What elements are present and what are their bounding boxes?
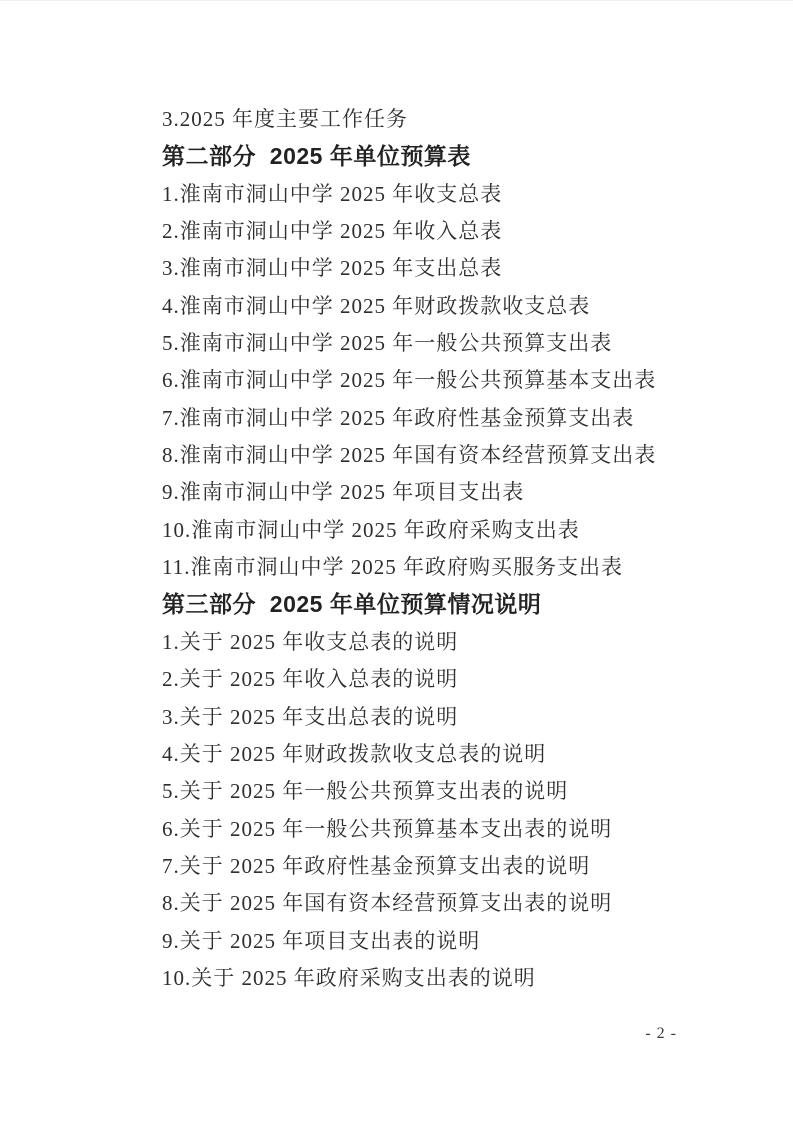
table-of-contents: 3.2025 年度主要工作任务 第二部分 2025 年单位预算表 1.淮南市洞山…	[162, 101, 762, 997]
toc-entry: 4.淮南市洞山中学 2025 年财政拨款收支总表	[162, 288, 762, 325]
toc-entry: 5.关于 2025 年一般公共预算支出表的说明	[162, 773, 762, 810]
toc-entry: 10.淮南市洞山中学 2025 年政府采购支出表	[162, 512, 762, 549]
toc-entry: 2.淮南市洞山中学 2025 年收入总表	[162, 213, 762, 250]
toc-entry: 3.关于 2025 年支出总表的说明	[162, 699, 762, 736]
toc-entry: 6.关于 2025 年一般公共预算基本支出表的说明	[162, 811, 762, 848]
toc-entry: 11.淮南市洞山中学 2025 年政府购买服务支出表	[162, 549, 762, 586]
toc-entry: 8.淮南市洞山中学 2025 年国有资本经营预算支出表	[162, 437, 762, 474]
toc-entry: 5.淮南市洞山中学 2025 年一般公共预算支出表	[162, 325, 762, 362]
section-heading: 第二部分 2025 年单位预算表	[162, 138, 762, 175]
toc-entry: 7.关于 2025 年政府性基金预算支出表的说明	[162, 848, 762, 885]
page-number: - 2 -	[645, 1025, 677, 1043]
document-page: 3.2025 年度主要工作任务 第二部分 2025 年单位预算表 1.淮南市洞山…	[0, 0, 793, 1122]
toc-entry: 1.淮南市洞山中学 2025 年收支总表	[162, 176, 762, 213]
toc-entry: 9.淮南市洞山中学 2025 年项目支出表	[162, 474, 762, 511]
toc-entry: 1.关于 2025 年收支总表的说明	[162, 624, 762, 661]
toc-entry: 3.淮南市洞山中学 2025 年支出总表	[162, 250, 762, 287]
toc-entry: 4.关于 2025 年财政拨款收支总表的说明	[162, 736, 762, 773]
toc-entry: 10.关于 2025 年政府采购支出表的说明	[162, 960, 762, 997]
section-heading: 第三部分 2025 年单位预算情况说明	[162, 586, 762, 623]
toc-entry: 9.关于 2025 年项目支出表的说明	[162, 923, 762, 960]
toc-entry: 7.淮南市洞山中学 2025 年政府性基金预算支出表	[162, 400, 762, 437]
toc-entry: 2.关于 2025 年收入总表的说明	[162, 661, 762, 698]
toc-entry: 8.关于 2025 年国有资本经营预算支出表的说明	[162, 885, 762, 922]
toc-entry: 6.淮南市洞山中学 2025 年一般公共预算基本支出表	[162, 362, 762, 399]
toc-entry: 3.2025 年度主要工作任务	[162, 101, 762, 138]
